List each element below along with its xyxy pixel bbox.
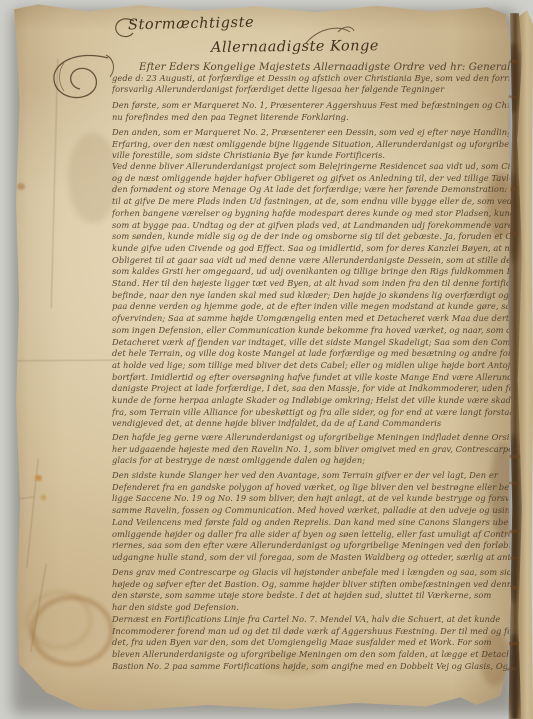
manuscript-line: som at bygge paa. Undtag og der at gifve… xyxy=(112,220,518,232)
manuscript-line: bortført. Imidlertid og efter oversøgnin… xyxy=(112,372,518,384)
manuscript-line: nu forefindes med den paa Tegnet literen… xyxy=(112,112,518,124)
manuscript-line: Dens grav med Contrescarpe og Glacis vil… xyxy=(112,567,518,579)
manuscript-line: har den sidste god Defension. xyxy=(112,602,518,614)
manuscript-line: som kaldes Grsti her omgegaard, ud udj o… xyxy=(112,266,518,278)
manuscript-line: det hele Terrain, og ville dog koste Man… xyxy=(112,348,518,360)
manuscript-line: bleven Allerunderdanigste og uforgribeli… xyxy=(112,649,518,661)
manuscript-line: og de næst omliggende højder hafver Obli… xyxy=(112,173,518,185)
manuscript-line: Erfaring, over den næst omliggende bijne… xyxy=(112,139,518,151)
manuscript-line: Dernæst en Fortifications Linje fra Cart… xyxy=(112,614,518,626)
manuscript-line: Detacheret værk af fjenden var indtaget,… xyxy=(112,337,518,349)
manuscript-line: Land Veilencens med første fald og anden… xyxy=(112,517,518,529)
manuscript-line: Den sidste kunde Slanger her ved den Ava… xyxy=(112,470,518,482)
manuscript-line: danigste Project at lade forfærdige, I d… xyxy=(112,383,518,395)
edge-tear-mark xyxy=(508,482,519,484)
manuscript-line: her udgaaende højeste med den Ravelin No… xyxy=(112,444,518,456)
manuscript-line: gede d: 23 Augusti, at forfærdige et Des… xyxy=(112,73,518,85)
photograph-of-manuscript: Stormæchtigste Allernaadigste Konge Efte… xyxy=(0,0,533,719)
salutation-line-1: Stormæchtigste xyxy=(128,15,255,34)
manuscript-line: forsvarlig Allerunderdanigst forfærdiget… xyxy=(112,84,518,96)
manuscript-line: som ingen Defension, eller Communication… xyxy=(112,325,518,337)
manuscript-line: riernes, saa som den efter være Allerund… xyxy=(112,540,518,552)
manuscript-line: ofvervinden; Saa at samme højde Uomgænge… xyxy=(112,313,518,325)
salutation-line-2: Allernaadigste Konge xyxy=(211,38,379,56)
manuscript-line: det, fra uden Byen var den, som det Uomg… xyxy=(112,637,518,649)
manuscript-line: den fornødent og store Menage Og At lade… xyxy=(112,184,518,196)
manuscript-line: kunde gifve uden Civende og god Effect. … xyxy=(112,243,518,255)
manuscript-line: glacis for at bestryge de næst omliggend… xyxy=(112,455,518,467)
manuscript-line: Den første, som er Marqueret No. 1, Præs… xyxy=(112,100,518,112)
manuscript-line: samme Ravelin, fossen og Communication. … xyxy=(112,505,518,517)
manuscript-line: Bastion No. 2 paa samme Fortifications h… xyxy=(112,661,518,673)
manuscript-line: fra, som Terrain ville Alliance for ubes… xyxy=(112,407,518,419)
manuscript-line: som sønden, kunde midle sig og de der in… xyxy=(112,231,518,243)
manuscript-line: Stand. Her til den højeste ligger tæt ve… xyxy=(112,278,518,290)
manuscript-line: Obligeret til at gaar saa vidt ud med de… xyxy=(112,255,518,267)
manuscript-line: ligge Saccene No. 19 og No. 19 som blive… xyxy=(112,493,518,505)
manuscript-line: befinde, naar den nye landen skal med su… xyxy=(112,290,518,302)
manuscript-line: Defenderet fra en gandske polygon af hov… xyxy=(112,482,518,494)
manuscript-line: Den anden, som er Marqueret No. 2, Præse… xyxy=(112,127,518,139)
manuscript-line: paa denne verden og hjemme gode, at de e… xyxy=(112,301,518,313)
manuscript-line: den største, som samme utøje store bedst… xyxy=(112,590,518,602)
manuscript-line: vendigjeved det, at denne højde bliver i… xyxy=(112,418,518,430)
manuscript-line: Incommoderer forend man ud og det til dø… xyxy=(112,626,518,638)
manuscript-line: til at gifve De mere Plads inden Ud fast… xyxy=(112,196,518,208)
underlying-sheet-edge xyxy=(518,10,533,719)
manuscript-page: Stormæchtigste Allernaadigste Konge Efte… xyxy=(8,3,513,715)
manuscript-line: at holde ved lige; som tillige med blive… xyxy=(112,360,518,372)
manuscript-line: kunde de forne herpaa anlagte Skader og … xyxy=(112,395,518,407)
manuscript-line: omliggende højder og daller fra alle sid… xyxy=(112,529,518,541)
manuscript-text: Stormæchtigste Allernaadigste Konge Efte… xyxy=(8,3,513,715)
manuscript-line: højede og søfver efter det Bastion. Og, … xyxy=(112,579,518,591)
manuscript-line: forhen bangene værelser og bygning hafde… xyxy=(112,208,518,220)
manuscript-line: Den hafde jeg gerne være Allerunderdanig… xyxy=(112,432,518,444)
manuscript-line: Ved denne bliver Allerunderdanigst proje… xyxy=(112,161,518,173)
manuscript-line: udgangne hulle stand, som der vil forega… xyxy=(112,552,518,564)
